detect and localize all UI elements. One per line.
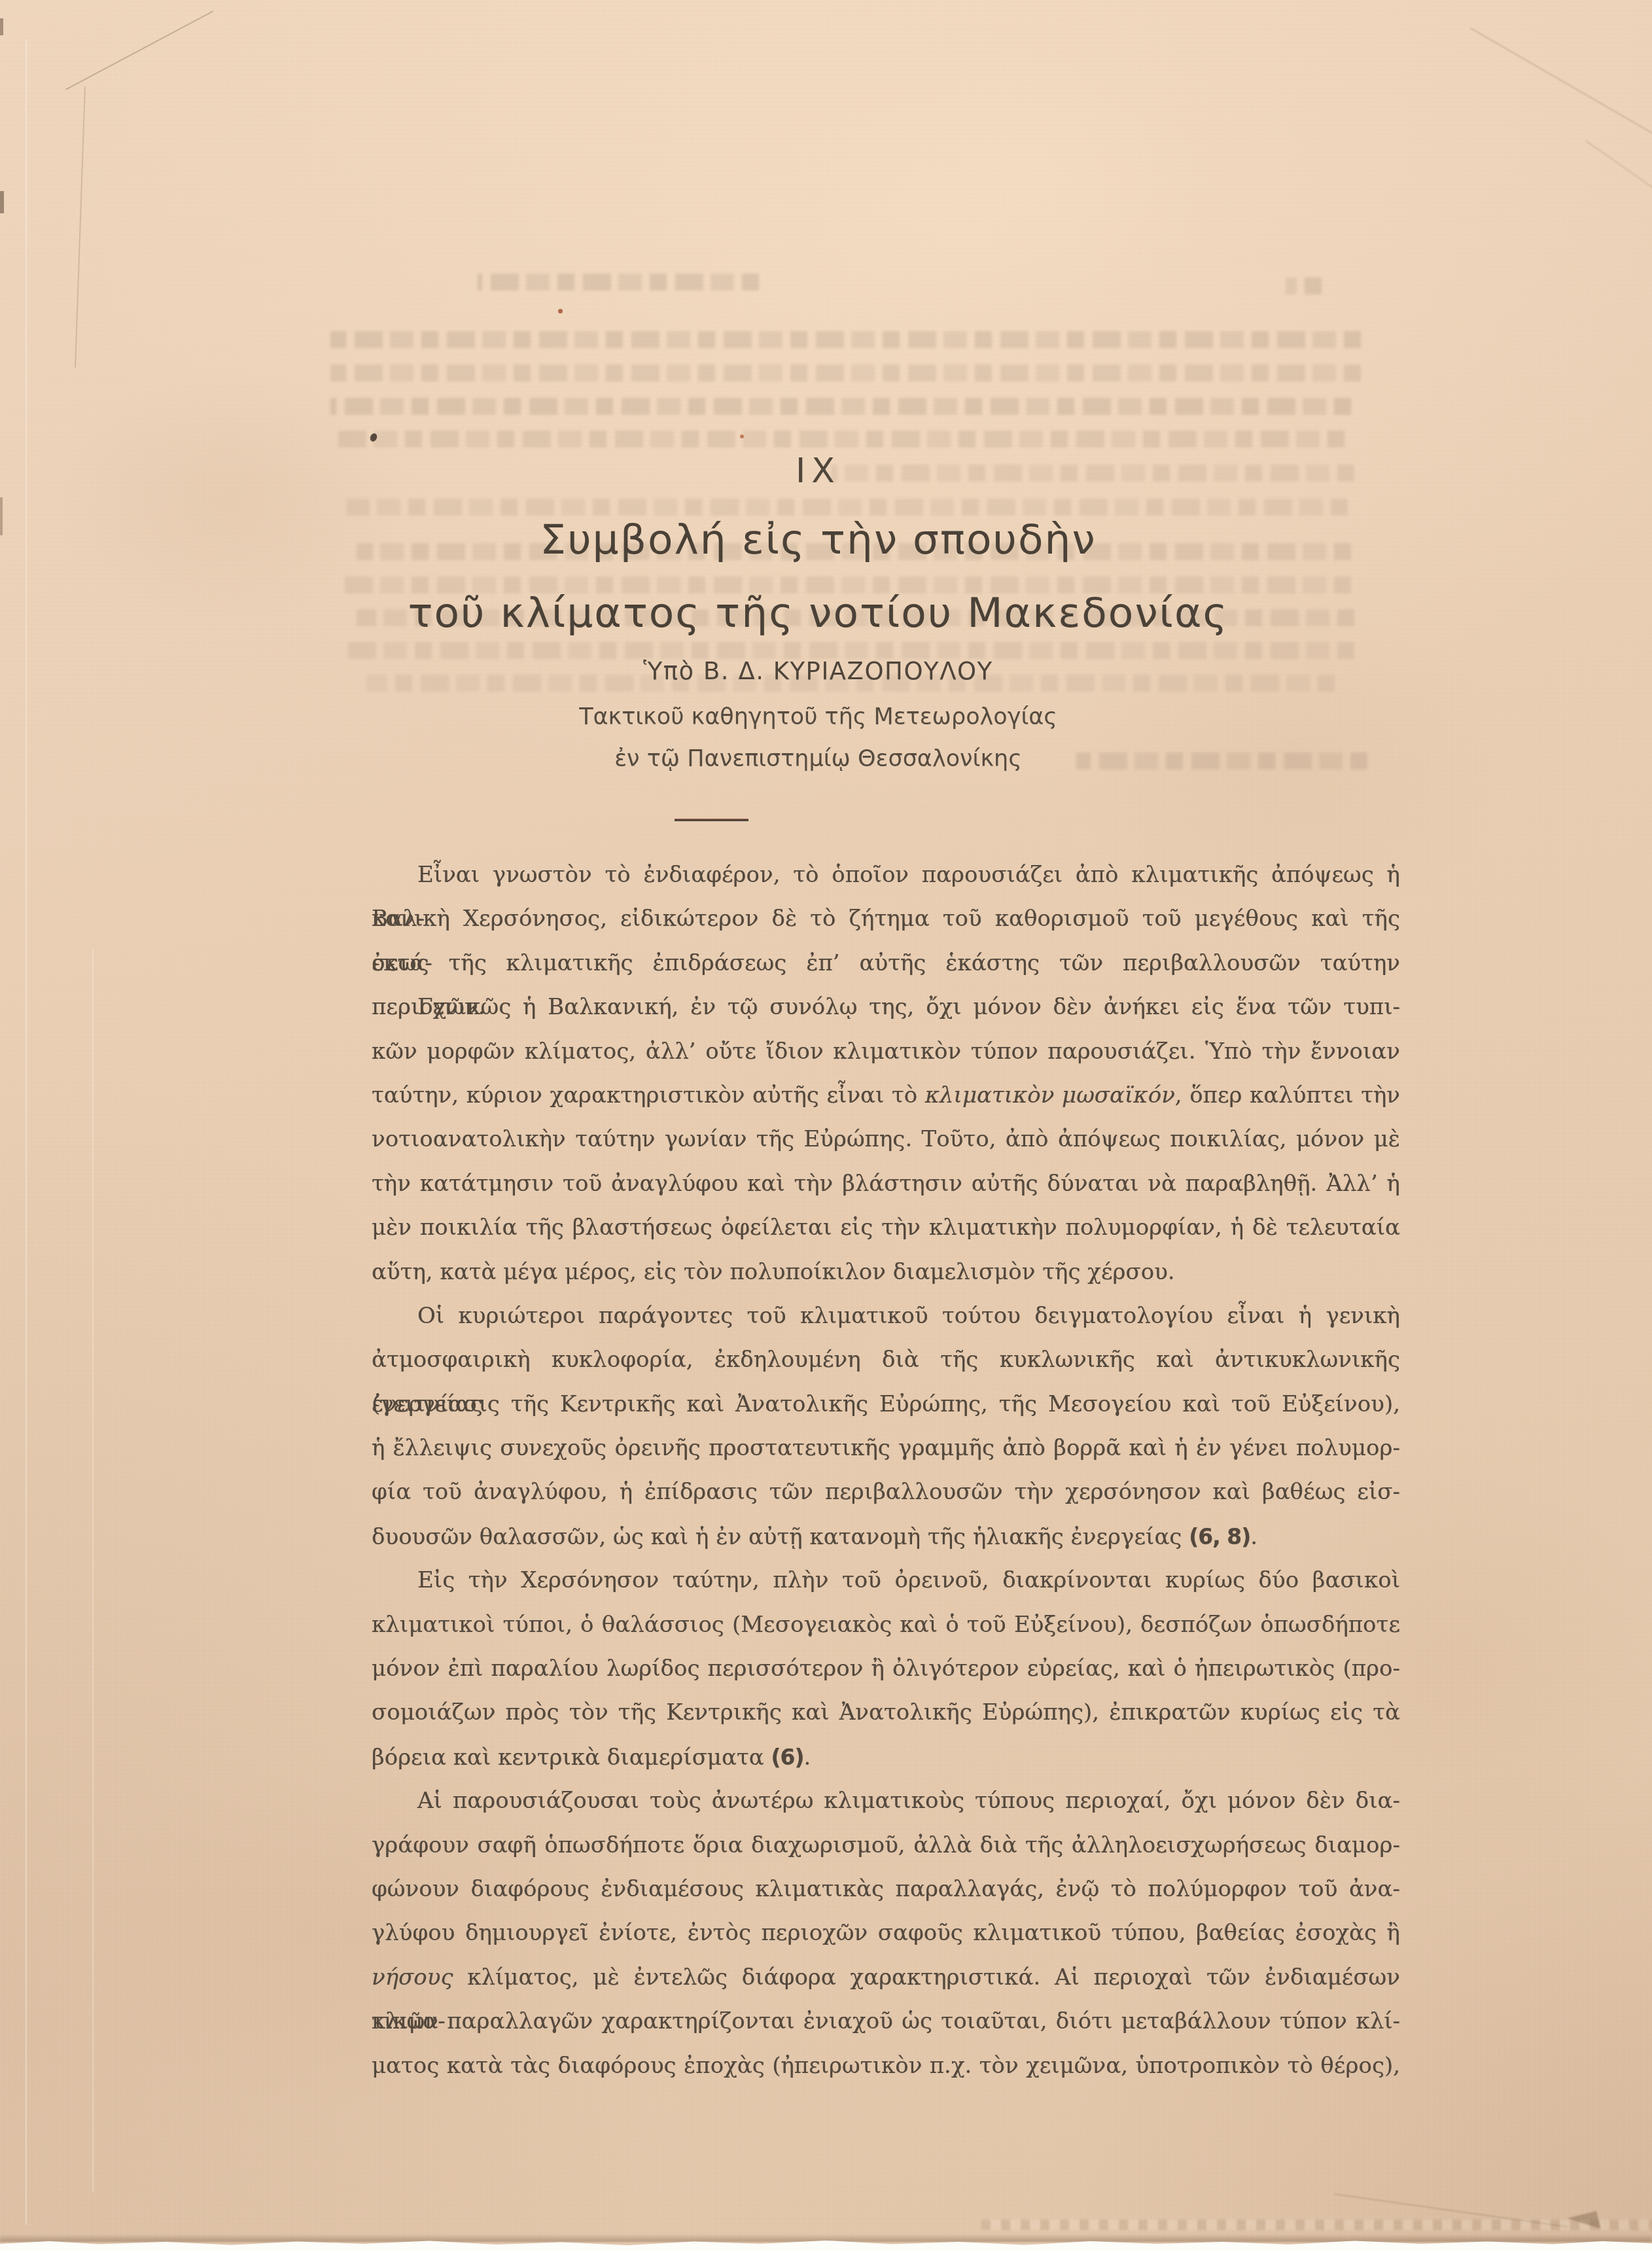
citation-marker: (6, 8) — [1189, 1524, 1250, 1550]
body-line: νήσους κλίματος, μὲ ἐντελῶς διάφορα χαρα… — [372, 1956, 1400, 2000]
body-text-segment: νοτιοανατολικὴν ταύτην γωνίαν τῆς Εὐρώπη… — [372, 1126, 1400, 1152]
body-text-segment: κῶν μορφῶν κλίματος, ἀλλ’ οὔτε ἴδιον κλι… — [372, 1038, 1400, 1065]
body-text-segment: βόρεια καὶ κεντρικὰ διαμερίσματα — [372, 1745, 771, 1771]
edge-mark-upper — [0, 18, 3, 35]
section-divider-rule — [675, 819, 748, 821]
body-line: κῶν μορφῶν κλίματος, ἀλλ’ οὔτε ἴδιον κλι… — [372, 1030, 1400, 1074]
body-text-segment: ματος κατὰ τὰς διαφόρους ἐποχὰς (ἠπειρωτ… — [372, 2053, 1400, 2079]
body-line: σομοιάζων πρὸς τὸν τῆς Κεντρικῆς καὶ Ἀνα… — [372, 1691, 1400, 1735]
body-text-segment: . — [1250, 1524, 1257, 1550]
body-line: Γενικῶς ἡ Βαλκανική, ἐν τῷ συνόλῳ της, ὄ… — [372, 985, 1400, 1029]
body-line: κλιματικοὶ τύποι, ὁ θαλάσσιος (Μεσογειακ… — [372, 1603, 1400, 1647]
bleed-through-row — [1286, 277, 1322, 294]
crease-top-left-diagonal — [65, 10, 213, 90]
body-line: δυουσῶν θαλασσῶν, ὡς καὶ ἡ ἐν αὐτῇ καταν… — [372, 1515, 1400, 1559]
citation-marker: (6) — [771, 1745, 804, 1770]
body-text-segment: δυουσῶν θαλασσῶν, ὡς καὶ ἡ ἐν αὐτῇ καταν… — [372, 1524, 1189, 1550]
body-line: αὕτη, κατὰ μέγα μέρος, εἰς τὸν πολυποίκι… — [372, 1250, 1400, 1294]
crease-left-lower-light — [92, 949, 94, 2192]
rust-speck — [558, 309, 563, 313]
body-line: φώνουν διαφόρους ἐνδιαμέσους κλιματικὰς … — [372, 1868, 1400, 1911]
body-line: σεως τῆς κλιματικῆς ἐπιδράσεως ἐπ’ αὐτῆς… — [372, 942, 1400, 985]
crease-top-right-short — [1585, 140, 1652, 213]
body-line: νοτιοανατολικὴν ταύτην γωνίαν τῆς Εὐρώπη… — [372, 1118, 1400, 1161]
ink-speck — [369, 433, 378, 443]
crease-top-left-vertical — [75, 86, 86, 368]
body-text-segment: κλιματικοὶ τύποι, ὁ θαλάσσιος (Μεσογειακ… — [372, 1612, 1400, 1638]
affiliation-line-1: Τακτικοῦ καθηγητοῦ τῆς Μετεωρολογίας — [0, 704, 1644, 730]
body-line: Εἰς τὴν Χερσόνησον ταύτην, πλὴν τοῦ ὀρει… — [372, 1559, 1400, 1603]
body-text-segment: . — [804, 1745, 811, 1771]
body-text-segment: γράφουν σαφῆ ὁπωσδήποτε ὅρια διαχωρισμοῦ… — [372, 1832, 1400, 1858]
bottom-right-fold-mark — [1567, 2211, 1600, 2236]
body-text-segment: , ὅπερ καλύπτει τὴν — [1175, 1082, 1400, 1108]
body-text-segment: μόνον ἐπὶ παραλίου λωρίδος περισσότερον … — [372, 1656, 1400, 1682]
body-text-segment: Αἱ παρουσιάζουσαι τοὺς ἀνωτέρω κλιματικο… — [417, 1788, 1400, 1814]
body-text-segment: τὴν κατάτμησιν τοῦ ἀναγλύφου καὶ τὴν βλά… — [372, 1171, 1400, 1197]
body-text-segment: ταύτην, κύριον χαρακτηριστικὸν αὐτῆς εἶν… — [372, 1082, 925, 1108]
body-line: Οἱ κυριώτεροι παράγοντες τοῦ κλιματικοῦ … — [372, 1294, 1400, 1338]
scanned-page: IX Συμβολή εἰς τὴν σπουδὴν τοῦ κλίματος … — [0, 0, 1652, 2251]
body-line: κανικὴ Χερσόνησος, εἰδικώτερον δὲ τὸ ζήτ… — [372, 897, 1400, 941]
body-text-segment: φώνουν διαφόρους ἐνδιαμέσους κλιματικὰς … — [372, 1876, 1400, 1902]
body-line: ματος κατὰ τὰς διαφόρους ἐποχὰς (ἠπειρωτ… — [372, 2044, 1400, 2088]
affiliation-line-2: ἐν τῷ Πανεπιστημίῳ Θεσσαλονίκης — [0, 746, 1644, 772]
section-number: IX — [0, 452, 1644, 491]
body-text-segment: τικῶν παραλλαγῶν χαρακτηρίζονται ἐνιαχοῦ… — [372, 2008, 1400, 2034]
body-line: βόρεια καὶ κεντρικὰ διαμερίσματα (6). — [372, 1735, 1400, 1779]
body-line: ἀτμοσφαιρικὴ κυκλοφορία, ἐκδηλουμένη διὰ… — [372, 1338, 1400, 1382]
body-text-segment: γλύφου δημιουργεῖ ἐνίοτε, ἐντὸς περιοχῶν… — [372, 1920, 1400, 1946]
bottom-crease-band — [981, 2220, 1652, 2230]
author-byline: Ὑπὸ Β. Δ. ΚΥΡΙΑΖΟΠΟΥΛΟΥ — [0, 657, 1644, 685]
body-text-segment: (γειτνίασις τῆς Κεντρικῆς καὶ Ἀνατολικῆς… — [372, 1391, 1400, 1417]
body-line: ἡ ἔλλειψις συνεχοῦς ὀρεινῆς προστατευτικ… — [372, 1427, 1400, 1470]
body-line: μόνον ἐπὶ παραλίου λωρίδος περισσότερον … — [372, 1647, 1400, 1691]
body-text-segment: σομοιάζων πρὸς τὸν τῆς Κεντρικῆς καὶ Ἀνα… — [372, 1699, 1400, 1726]
body-text-segment: κλιματικὸν μωσαϊκόν — [925, 1082, 1175, 1108]
body-text-segment: Εἰς τὴν Χερσόνησον ταύτην, πλὴν τοῦ ὀρει… — [417, 1567, 1400, 1593]
crease-top-right-diagonal — [1470, 27, 1652, 137]
body-text-column: Εἶναι γνωστὸν τὸ ἐνδιαφέρον, τὸ ὁποῖον π… — [372, 853, 1400, 2088]
body-line: μὲν ποικιλία τῆς βλαστήσεως ὀφείλεται εἰ… — [372, 1206, 1400, 1250]
bleed-through-row — [330, 431, 1344, 448]
body-line: ταύτην, κύριον χαρακτηριστικὸν αὐτῆς εἶν… — [372, 1074, 1400, 1118]
body-text-segment: μὲν ποικιλία τῆς βλαστήσεως ὀφείλεται εἰ… — [372, 1214, 1400, 1241]
paper-title-line-2: τοῦ κλίματος τῆς νοτίου Μακεδονίας — [0, 589, 1644, 637]
edge-mark-mid — [0, 191, 4, 213]
bleed-through-row — [330, 364, 1361, 381]
crease-left-light-vertical — [26, 39, 27, 2225]
body-line: τὴν κατάτμησιν τοῦ ἀναγλύφου καὶ τὴν βλά… — [372, 1162, 1400, 1206]
body-text-segment: Γενικῶς ἡ Βαλκανική, ἐν τῷ συνόλῳ της, ὄ… — [417, 994, 1400, 1020]
paper-title-line-1: Συμβολή εἰς τὴν σπουδὴν — [0, 516, 1644, 563]
body-text-segment: ἡ ἔλλειψις συνεχοῦς ὀρεινῆς προστατευτικ… — [372, 1435, 1400, 1461]
body-line: Εἶναι γνωστὸν τὸ ἐνδιαφέρον, τὸ ὁποῖον π… — [372, 853, 1400, 897]
body-text-segment: Οἱ κυριώτεροι παράγοντες τοῦ κλιματικοῦ … — [417, 1303, 1400, 1329]
rust-speck-small — [740, 434, 744, 438]
body-line: Αἱ παρουσιάζουσαι τοὺς ἀνωτέρω κλιματικο… — [372, 1779, 1400, 1823]
body-line: (γειτνίασις τῆς Κεντρικῆς καὶ Ἀνατολικῆς… — [372, 1383, 1400, 1427]
bleed-through-row — [347, 499, 1348, 516]
body-line: τικῶν παραλλαγῶν χαρακτηρίζονται ἐνιαχοῦ… — [372, 2000, 1400, 2044]
body-line: φία τοῦ ἀναγλύφου, ἡ ἐπίδρασις τῶν περιβ… — [372, 1470, 1400, 1514]
body-line: γλύφου δημιουργεῖ ἐνίοτε, ἐντὸς περιοχῶν… — [372, 1911, 1400, 1955]
bleed-through-row — [330, 331, 1361, 348]
body-text-segment: νήσους — [372, 1964, 453, 1991]
body-line: γράφουν σαφῆ ὁπωσδήποτε ὅρια διαχωρισμοῦ… — [372, 1824, 1400, 1868]
bleed-through-row — [330, 398, 1351, 415]
body-text-segment: αὕτη, κατὰ μέγα μέρος, εἰς τὸν πολυποίκι… — [372, 1259, 1175, 1285]
bleed-through-row — [478, 274, 759, 291]
body-text-segment: φία τοῦ ἀναγλύφου, ἡ ἐπίδρασις τῶν περιβ… — [372, 1479, 1400, 1505]
